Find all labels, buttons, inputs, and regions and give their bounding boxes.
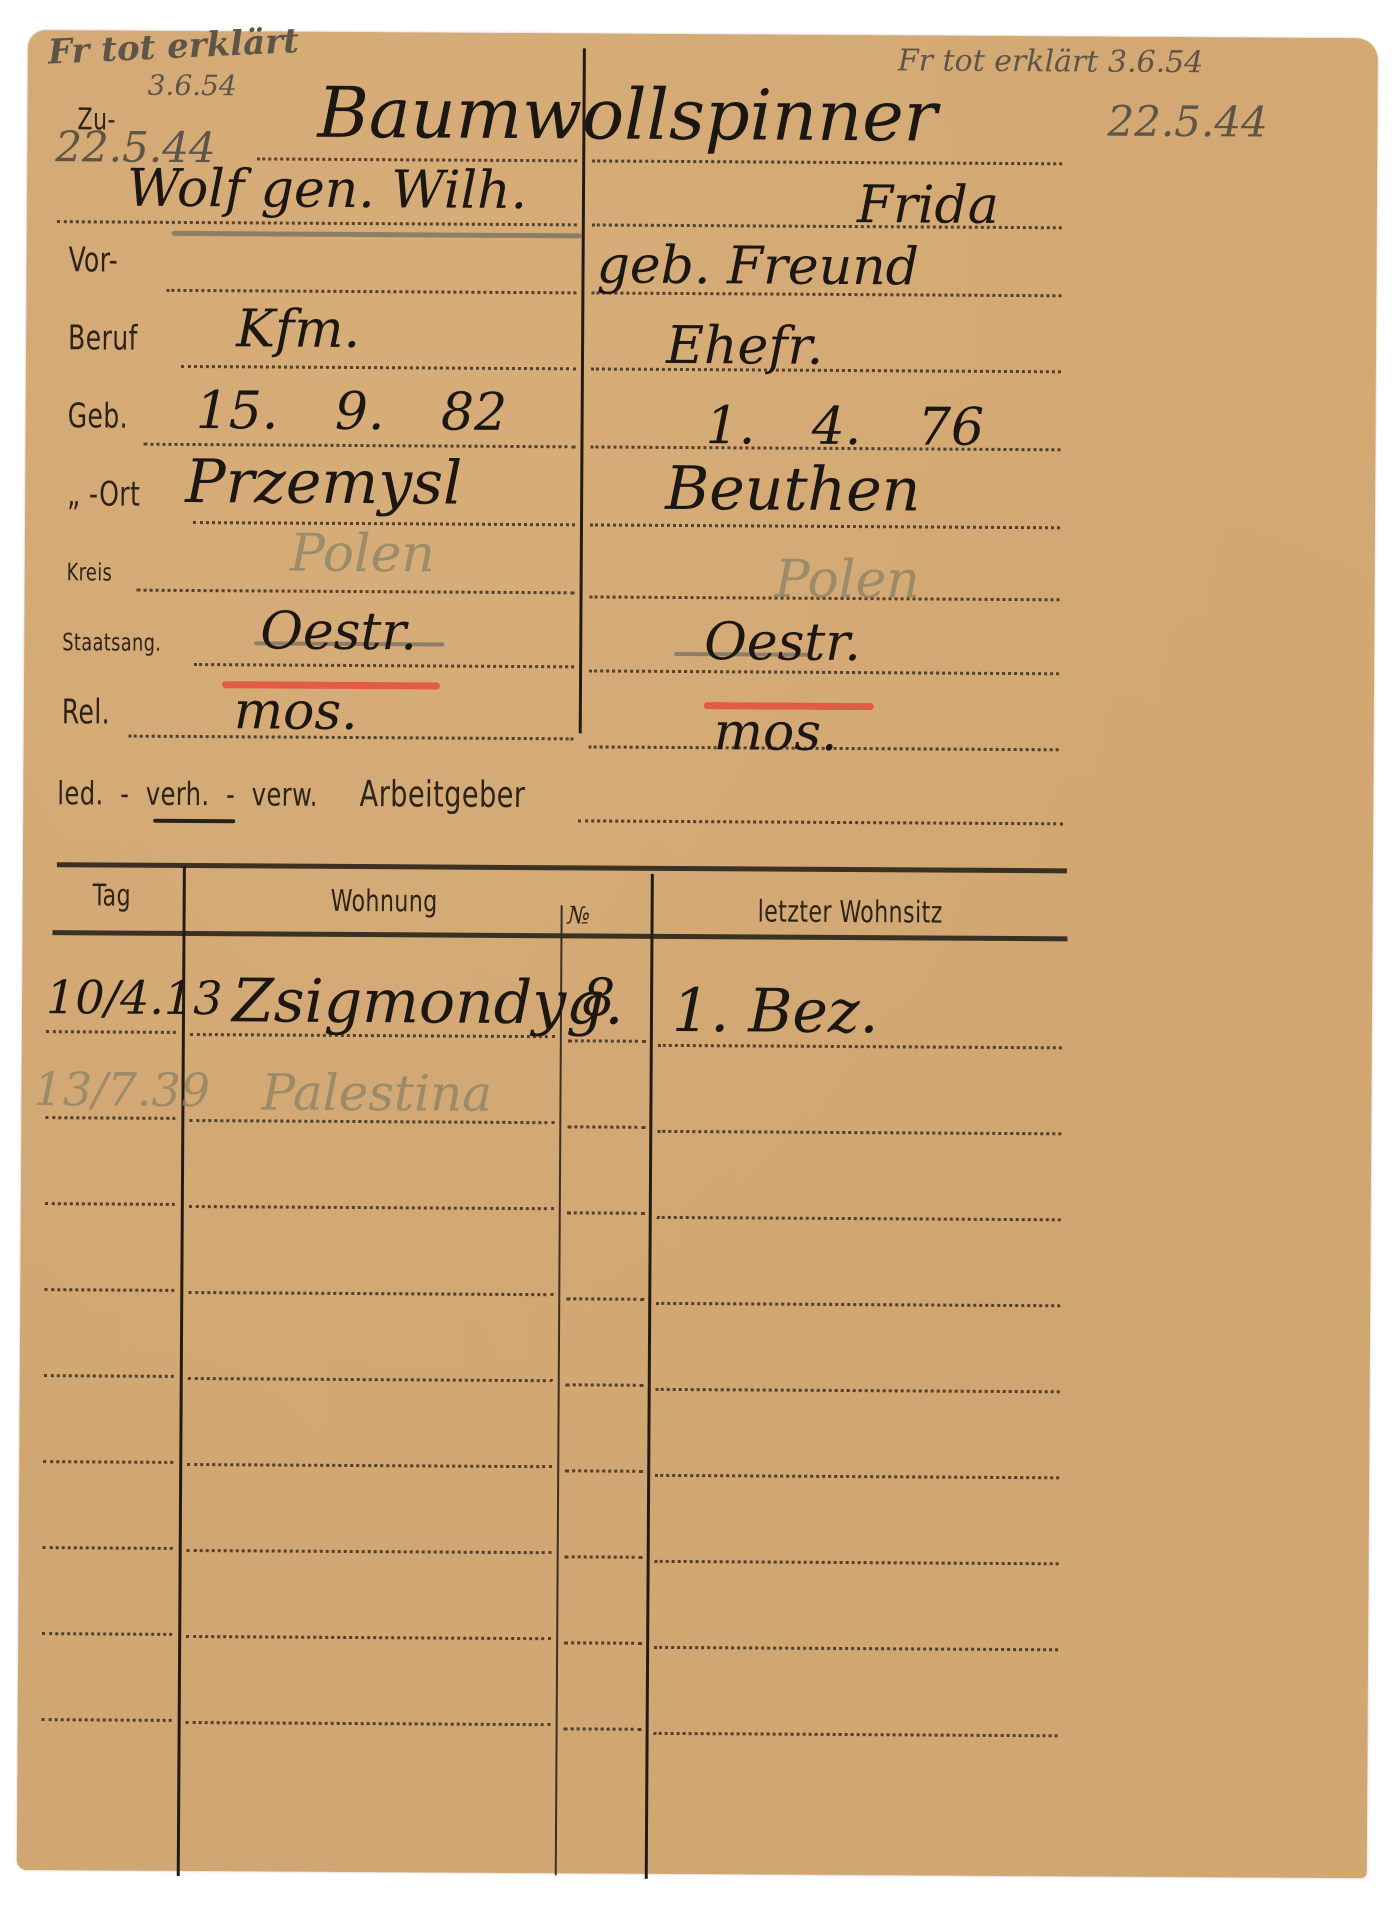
label-arbeitgeber: Arbeitgeber <box>359 774 525 816</box>
left-birth-place: Przemysl <box>185 447 462 519</box>
beruf-line-left <box>181 365 576 370</box>
table-header-letzter-wohnsitz: letzter Wohnsitz <box>758 894 943 930</box>
row2-wohnung: Palestina <box>261 1063 492 1122</box>
table-header-tag: Tag <box>93 878 132 913</box>
left-first-name: Wolf gen. Wilh. <box>127 159 527 221</box>
right-kreis: Polen <box>774 550 919 611</box>
left-nationality: Oestr. <box>260 601 417 662</box>
right-death-note: Fr tot erklärt 3.6.54 <box>898 43 1204 80</box>
col-divider-nr <box>645 874 654 1879</box>
row1-wohnung: Zsigmondyg. <box>232 966 624 1038</box>
left-kreis: Polen <box>290 524 435 585</box>
row2-tag: 13/7.39 <box>33 1062 210 1117</box>
label-geb: Geb. <box>68 396 129 436</box>
right-first-name: Frida <box>857 175 999 236</box>
beruf-line-right <box>591 367 1061 373</box>
verh-selected-mark <box>153 819 235 824</box>
left-birth-date: 15. 9. 82 <box>195 381 507 443</box>
right-zu-date: 22.5.44 <box>1107 97 1268 147</box>
left-death-note: Fr tot erklärt <box>47 21 299 73</box>
label-staatsang: Staatsang. <box>62 628 161 657</box>
marital-option-verw: verw. <box>252 775 318 813</box>
registration-card: Fr tot erklärt 3.6.54 Zu- 22.5.44 Fr tot… <box>17 30 1378 1878</box>
right-religion: mos. <box>714 702 838 763</box>
right-maiden-name: geb. Freund <box>596 235 919 297</box>
vor-line-left <box>166 289 576 295</box>
col-divider-wohnung <box>555 905 563 1875</box>
right-nationality: Oestr. <box>704 612 861 673</box>
table-header-wohnung: Wohnung <box>331 884 438 920</box>
marital-status-row: led. - verh. - verw. Arbeitgeber <box>57 772 525 816</box>
label-vor: Vor- <box>68 240 118 280</box>
staatsang-line-left <box>194 663 574 668</box>
row1-letzter-wohnsitz: 1. Bez. <box>672 976 879 1047</box>
right-occupation: Ehefr. <box>666 316 824 377</box>
pencil-strike-line <box>172 231 582 239</box>
surname-line-right <box>592 159 1062 165</box>
marital-option-verh: verh. <box>146 775 210 813</box>
table-header-nr: № <box>568 901 591 929</box>
marital-option-led: led. <box>57 774 104 812</box>
row1-tag: 10/4.13 <box>46 970 223 1025</box>
left-religion: mos. <box>234 681 358 742</box>
marital-separator: - <box>120 775 129 813</box>
marital-separator: - <box>226 775 235 813</box>
label-ort: „ -Ort <box>67 474 140 514</box>
surname: Baumwollspinner <box>317 72 937 158</box>
arbeitgeber-line <box>578 819 1063 825</box>
right-birth-date: 1. 4. 76 <box>705 396 984 458</box>
label-beruf: Beruf <box>68 318 138 358</box>
firstname-line-left <box>57 220 577 226</box>
label-rel: Rel. <box>62 692 110 732</box>
kreis-line-left <box>137 589 575 595</box>
right-birth-place: Beuthen <box>665 454 921 526</box>
label-kreis: Kreis <box>67 558 113 586</box>
left-death-note-date: 3.6.54 <box>148 69 237 103</box>
left-occupation: Kfm. <box>236 299 360 360</box>
row1-nr: 8 <box>582 968 615 1028</box>
table-top-rule <box>57 862 1067 873</box>
